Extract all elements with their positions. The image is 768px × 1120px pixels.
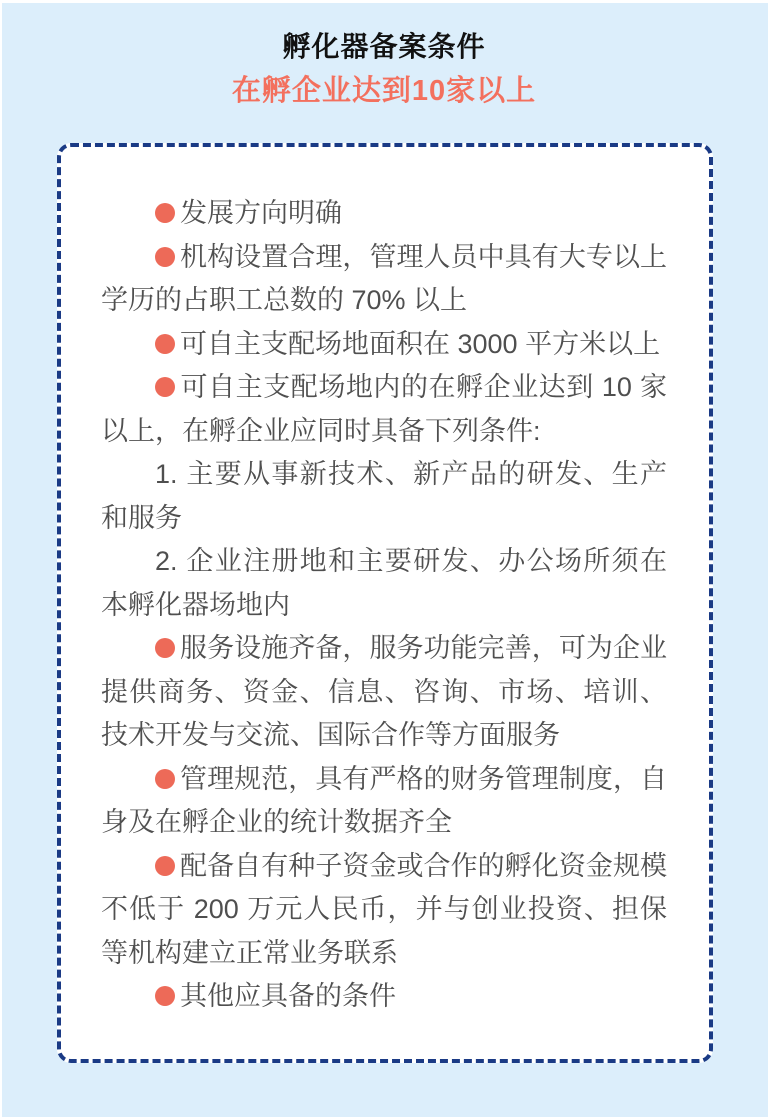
condition-item: 服务设施齐备，服务功能完善，可为企业提供商务、资金、信息、咨询、市场、培训、技术…: [101, 627, 667, 758]
bullet-dot-icon: [155, 334, 175, 354]
page-title: 孵化器备案条件: [0, 31, 768, 63]
condition-item: 可自主支配场地内的在孵企业达到 10 家以上，在孵企业应同时具备下列条件:: [101, 366, 667, 453]
condition-text: 配备自有种子资金或合作的孵化资金规模不低于 200 万元人民币，并与创业投资、担…: [101, 851, 667, 968]
condition-item: 其他应具备的条件: [101, 975, 667, 1019]
condition-number: 1.: [155, 459, 186, 489]
condition-text: 主要从事新技术、新产品的研发、生产和服务: [101, 459, 667, 533]
condition-item: 管理规范，具有严格的财务管理制度，自身及在孵企业的统计数据齐全: [101, 758, 667, 845]
condition-text: 可自主支配场地面积在 3000 平方米以上: [180, 329, 660, 359]
bullet-dot-icon: [155, 377, 175, 397]
condition-number: 2.: [155, 546, 186, 576]
bullet-dot-icon: [155, 769, 175, 789]
condition-item: 可自主支配场地面积在 3000 平方米以上: [101, 323, 667, 367]
condition-item: 1. 主要从事新技术、新产品的研发、生产和服务: [101, 453, 667, 540]
conditions-panel: 发展方向明确机构设置合理，管理人员中具有大专以上学历的占职工总数的 70% 以上…: [57, 143, 713, 1063]
bullet-dot-icon: [155, 856, 175, 876]
condition-text: 发展方向明确: [180, 198, 342, 228]
bullet-dot-icon: [155, 203, 175, 223]
page-subtitle: 在孵企业达到10家以上: [0, 74, 768, 108]
condition-item: 机构设置合理，管理人员中具有大专以上学历的占职工总数的 70% 以上: [101, 236, 667, 323]
bullet-dot-icon: [155, 986, 175, 1006]
condition-item: 发展方向明确: [101, 192, 667, 236]
bullet-dot-icon: [155, 638, 175, 658]
condition-text: 管理规范，具有严格的财务管理制度，自身及在孵企业的统计数据齐全: [101, 764, 667, 838]
bullet-dot-icon: [155, 247, 175, 267]
condition-item: 配备自有种子资金或合作的孵化资金规模不低于 200 万元人民币，并与创业投资、担…: [101, 845, 667, 976]
condition-text: 企业注册地和主要研发、办公场所须在本孵化器场地内: [101, 546, 667, 620]
conditions-list: 发展方向明确机构设置合理，管理人员中具有大专以上学历的占职工总数的 70% 以上…: [61, 147, 709, 1019]
condition-text: 服务设施齐备，服务功能完善，可为企业提供商务、资金、信息、咨询、市场、培训、技术…: [101, 633, 667, 750]
condition-text: 机构设置合理，管理人员中具有大专以上学历的占职工总数的 70% 以上: [101, 242, 667, 316]
condition-item: 2. 企业注册地和主要研发、办公场所须在本孵化器场地内: [101, 540, 667, 627]
condition-text: 可自主支配场地内的在孵企业达到 10 家以上，在孵企业应同时具备下列条件:: [101, 372, 667, 446]
condition-text: 其他应具备的条件: [180, 981, 396, 1011]
